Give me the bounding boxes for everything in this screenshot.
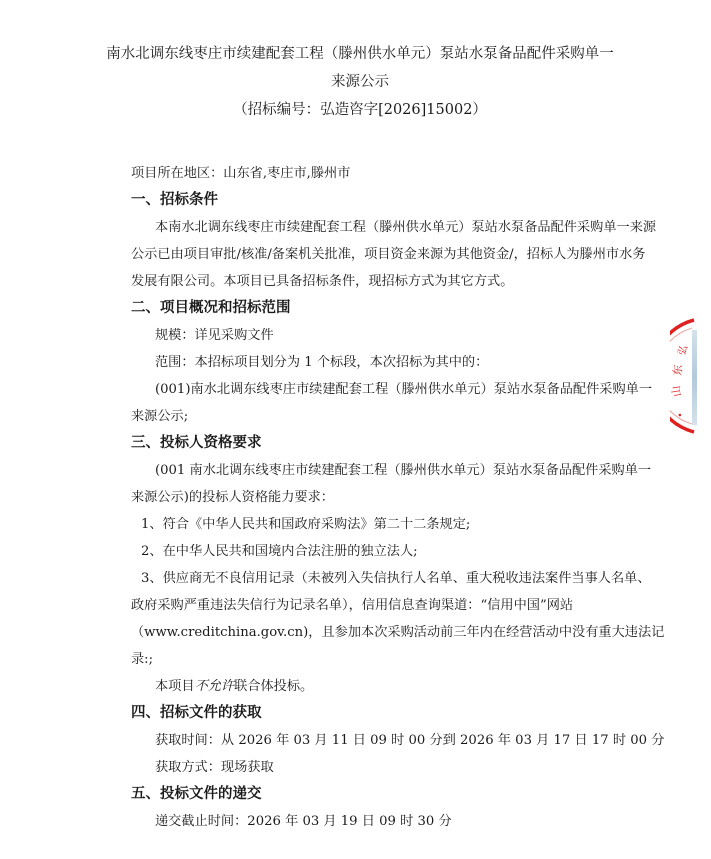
- paragraph-line: 来源公示)的投标人资格能力要求：: [131, 484, 591, 511]
- paragraph-line: 来源公示;: [131, 403, 591, 430]
- paragraph-line: 录:;: [131, 646, 591, 673]
- section-heading-bidding-conditions: 一、招标条件: [131, 187, 591, 214]
- paragraph-line: (001)南水北调东线枣庄市续建配套工程（滕州供水单元）泵站水泵备品配件采购单一: [131, 376, 591, 403]
- paragraph-line: 公示已由项目审批/核准/备案机关批准，项目资金来源为其他资金/，招标人为滕州市水…: [131, 241, 591, 268]
- project-location: 项目所在地区：山东省,枣庄市,滕州市: [131, 160, 591, 187]
- document-title-line-1: 南水北调东线枣庄市续建配套工程（滕州供水单元）泵站水泵备品配件采购单一: [100, 40, 620, 68]
- svg-text:•: •: [675, 410, 686, 419]
- paragraph-line: (001 南水北调东线枣庄市续建配套工程（滕州供水单元）泵站水泵备品配件采购单一: [131, 457, 591, 484]
- paragraph-line: 发展有限公司。本项目已具备招标条件，现招标方式为其它方式。: [131, 268, 591, 295]
- consortium-statement: 本项目不允许联合体投标。: [131, 673, 591, 700]
- consortium-prefix: 本项目: [155, 679, 195, 694]
- document-title-block: 南水北调东线枣庄市续建配套工程（滕州供水单元）泵站水泵备品配件采购单一 来源公示…: [100, 40, 620, 124]
- submission-deadline: 递交截止时间：2026 年 03 月 19 日 09 时 30 分: [131, 808, 591, 835]
- section-heading-document-acquisition: 四、招标文件的获取: [131, 700, 591, 727]
- paragraph-line: 规模：详见采购文件: [131, 322, 591, 349]
- requirement-item-3: 3、供应商无不良信用记录（未被列入失信执行人名单、重大税收违法案件当事人名单、: [131, 565, 591, 592]
- requirement-item-1: 1、符合《中华人民共和国政府采购法》第二十二条规定;: [131, 511, 591, 538]
- svg-text:山: 山: [670, 385, 684, 398]
- document-title-line-2: 来源公示: [100, 68, 620, 96]
- svg-text:东: 东: [671, 364, 685, 376]
- requirement-item-2: 2、在中华人民共和国境内合法注册的独立法人;: [131, 538, 591, 565]
- section-heading-bid-submission: 五、投标文件的递交: [131, 781, 591, 808]
- consortium-emphasis: 不允许: [195, 679, 235, 694]
- acquisition-method: 获取方式：现场获取: [131, 754, 591, 781]
- paragraph-line: 本南水北调东线枣庄市续建配套工程（滕州供水单元）泵站水泵备品配件采购单一来源: [131, 214, 591, 241]
- document-page: 南水北调东线枣庄市续建配套工程（滕州供水单元）泵站水泵备品配件采购单一 来源公示…: [0, 0, 711, 859]
- document-body: 项目所在地区：山东省,枣庄市,滕州市 一、招标条件 本南水北调东线枣庄市续建配套…: [131, 160, 591, 835]
- consortium-suffix: 联合体投标。: [234, 679, 313, 694]
- bid-number: （招标编号：弘造咨字[2026]15002）: [100, 96, 620, 124]
- svg-text:弘: 弘: [676, 343, 691, 357]
- section-heading-bidder-qualifications: 三、投标人资格要求: [131, 430, 591, 457]
- paragraph-line: 政府采购严重违法失信行为记录名单），信用信息查询渠道：“信用中国”网站: [131, 592, 591, 619]
- page-edge-strip: [692, 330, 697, 425]
- acquisition-time: 获取时间：从 2026 年 03 月 11 日 09 时 00 分到 2026 …: [131, 727, 591, 754]
- paragraph-line: （www.creditchina.gov.cn)，且参加本次采购活动前三年内在经…: [131, 619, 591, 646]
- paragraph-line: 范围：本招标项目划分为 1 个标段，本次招标为其中的：: [131, 349, 591, 376]
- section-heading-project-overview: 二、项目概况和招标范围: [131, 295, 591, 322]
